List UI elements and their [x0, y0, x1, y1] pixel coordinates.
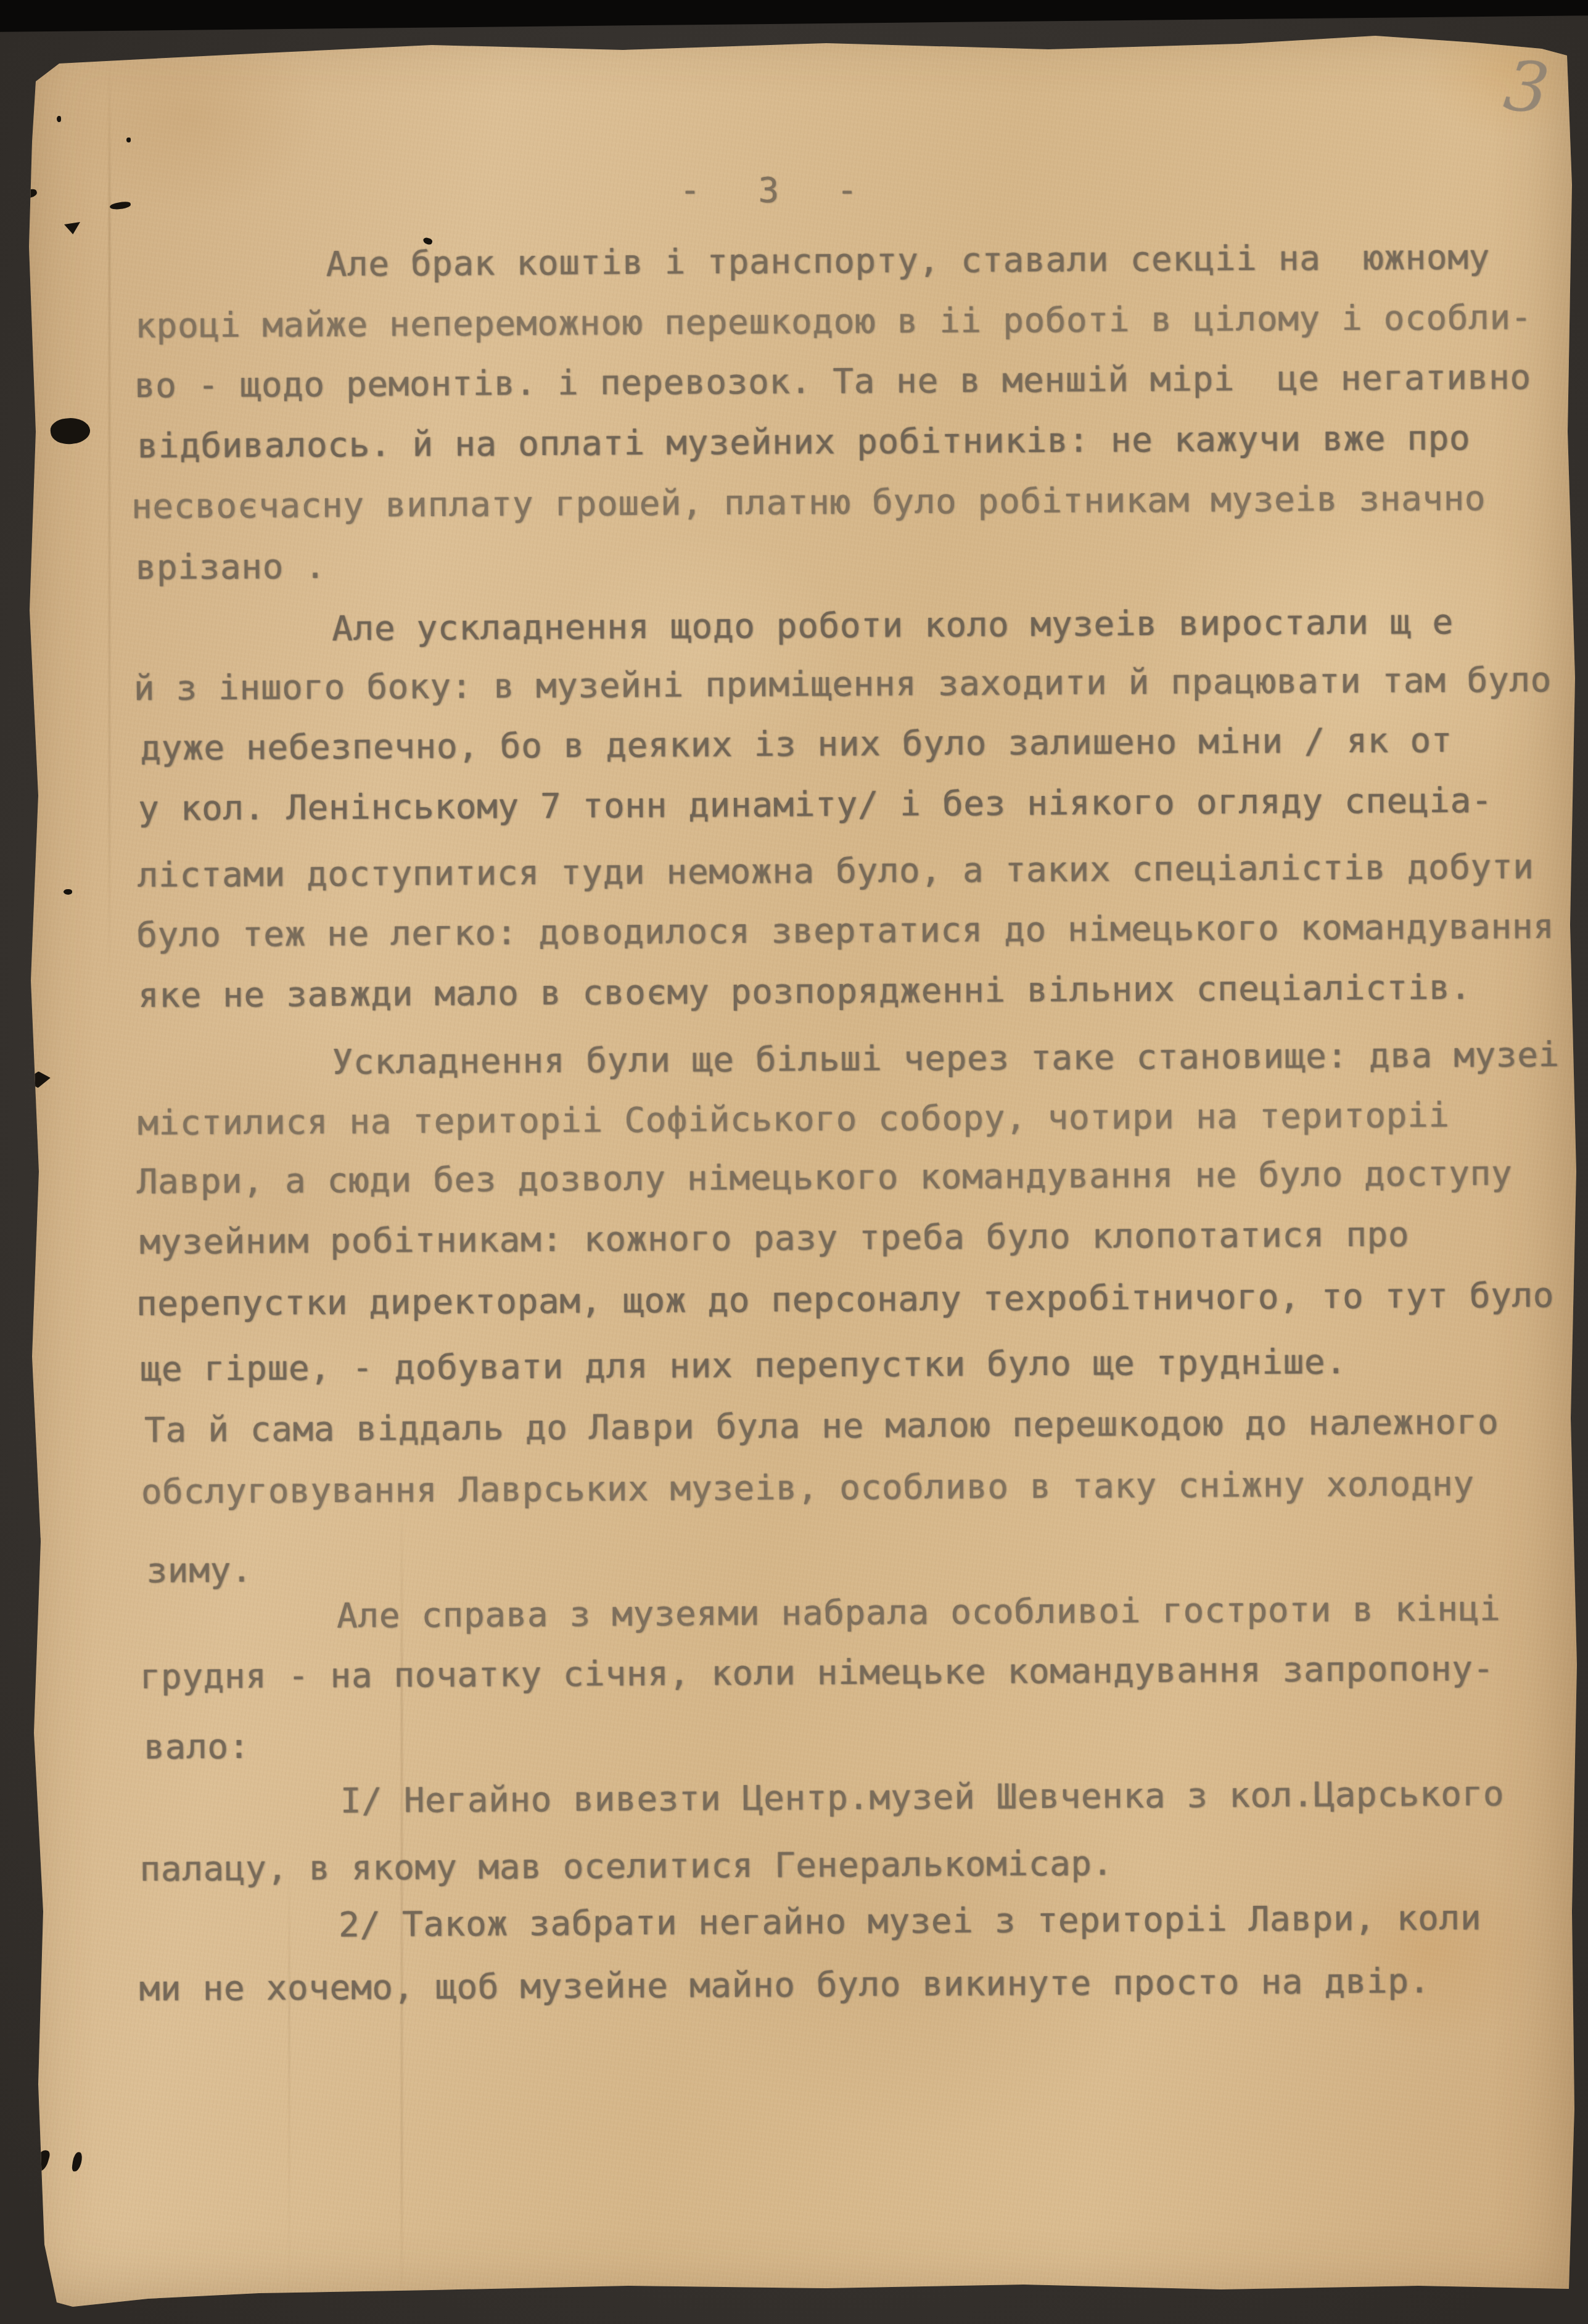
- ink-spot: [33, 2148, 51, 2173]
- typed-line: містилися на територіі Софійського собор…: [138, 1098, 1450, 1141]
- typed-line: у кол. Ленінському 7 тонн динаміту/ і бе…: [138, 784, 1492, 826]
- typed-line: музейним робітникам: кожного разу треба …: [139, 1217, 1409, 1260]
- typed-text-block: Але брак коштів і транспорту, ставали се…: [132, 0, 1588, 2324]
- typed-line: палацу, в якому мав оселитися Генералько…: [139, 1846, 1113, 1887]
- typed-line: обслуговування Лаврських музеів, особлив…: [141, 1467, 1475, 1509]
- ink-spot: [30, 1994, 41, 2002]
- typed-line: врізано .: [135, 549, 326, 585]
- ink-spot: [126, 138, 131, 142]
- ink-spot: [23, 1069, 52, 1090]
- typed-line: 2/ Також забрати негайно музеі з територ…: [146, 1901, 1481, 1944]
- ink-spot: [16, 1520, 31, 1532]
- ink-spot: [49, 416, 91, 446]
- typed-line: Але справа з музеями набрала особливоі г…: [144, 1591, 1501, 1634]
- ink-spot: [72, 2151, 83, 2172]
- ink-spot: [64, 889, 72, 895]
- typed-line: перепустки директорам, щож до персоналу …: [136, 1278, 1554, 1321]
- typed-line: лістами доступитися туди неможна було, а…: [138, 850, 1534, 893]
- typed-line: Лаври, а сюди без дозволу німецького ком…: [137, 1156, 1513, 1199]
- scan-background: 3 - 3 - Але брак коштів і транспорту, ст…: [0, 0, 1588, 2324]
- typed-line: несвоєчасну виплату грошей, платню було …: [131, 482, 1486, 524]
- typed-line: вало:: [144, 1730, 250, 1765]
- typed-line: й з іншого боку: в музейні приміщення за…: [134, 663, 1552, 706]
- ink-spot: [33, 1537, 41, 1542]
- typed-line: зиму.: [146, 1553, 252, 1588]
- ink-spot: [64, 222, 80, 234]
- typed-line: І/ Негайно вивезти Центр.музей Шевченка …: [148, 1776, 1505, 1819]
- typed-line: грудня - на початку січня, коли німецьке…: [139, 1652, 1494, 1694]
- typed-line: дуже небезпечно, бо в деяких із них було…: [140, 723, 1452, 766]
- typed-line: відбивалось. й на оплаті музейних робітн…: [137, 421, 1470, 464]
- ink-spot: [109, 201, 131, 211]
- typed-line: яке не завжди мало в своєму розпорядженн…: [138, 971, 1471, 1013]
- typed-line: кроці майже непереможною перешкодою в іі…: [135, 300, 1532, 343]
- typed-line: було теж не легко: доводилося звертатися…: [136, 909, 1554, 953]
- ink-spot: [20, 188, 38, 200]
- typed-line: Але ускладнення щодо роботи коло музеів …: [139, 605, 1454, 647]
- scan-black-strip: [0, 0, 1588, 43]
- typed-line: Та й сама віддаль до Лаври була не малою…: [144, 1405, 1499, 1448]
- typed-line: во - щодо ремонтів. і перевозок. Та не в…: [134, 360, 1531, 403]
- ink-spot: [57, 116, 61, 122]
- document-page: 3 - 3 - Але брак коштів і транспорту, ст…: [0, 0, 1588, 2324]
- typed-line: ми не хочемо, щоб музейне майно було вик…: [139, 1964, 1431, 2006]
- typed-line: Ускладнення були ще більші через таке ст…: [139, 1038, 1560, 1081]
- typed-line: Але брак коштів і транспорту, ставали се…: [133, 240, 1490, 283]
- typed-line: ще гірше, - добувати для них перепустки …: [140, 1345, 1346, 1387]
- paper-crease: [109, 59, 110, 983]
